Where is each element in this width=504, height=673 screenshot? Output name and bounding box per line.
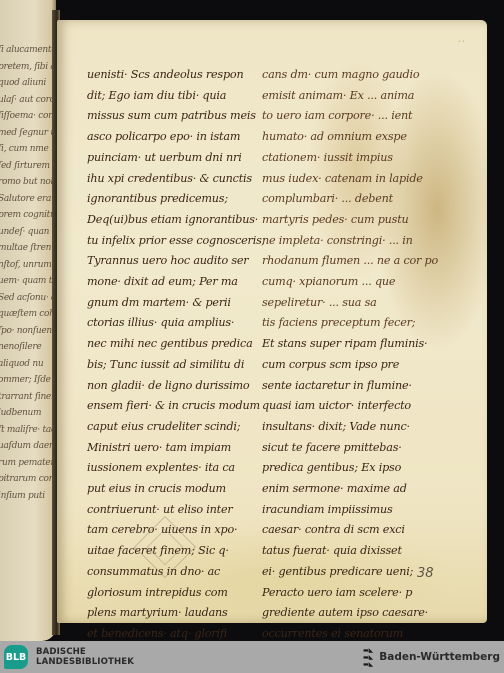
manuscript-line: cans dm· cum magno gaudio <box>262 65 462 86</box>
manuscript-line: iracundiam impiissimus <box>262 500 462 521</box>
manuscript-line: et benedicens· atq· glorifi <box>87 624 262 641</box>
manuscript-line: uenisti· Scs andeolus respon <box>87 65 262 86</box>
blb-brand[interactable]: BLB BADISCHE LANDESBIBLIOTHEK <box>0 645 134 669</box>
manuscript-line: tis faciens preceptum fecer; <box>262 313 462 334</box>
manuscript-line: rhodanum flumen ... ne a cor po <box>262 251 462 272</box>
bw-name: Baden-Württemberg <box>379 651 500 663</box>
manuscript-line: contriuerunt· ut eliso inter <box>87 500 262 521</box>
manuscript-line: predica gentibus; Ex ipso <box>262 458 462 479</box>
manuscript-line: tu infelix prior esse cognosceris; <box>87 231 262 252</box>
manuscript-line: complumbari· ... debent <box>262 189 462 210</box>
facing-page-line: romo but nolde <box>0 174 56 191</box>
manuscript-line: ne impleta· constringi· ... in <box>262 231 462 252</box>
facing-page-line: quod aliuni <box>0 75 56 92</box>
manuscript-line: occurrentes ei senatorum <box>262 624 462 641</box>
manuscript-line: non gladii· de ligno durissimo <box>87 376 262 397</box>
blb-name-line1: BADISCHE <box>36 647 134 658</box>
facing-page-line: inſium puti <box>0 488 56 505</box>
manuscript-line: mone· dixit ad eum; Per ma <box>87 272 262 293</box>
manuscript-line: ignorantibus predicemus; <box>87 189 262 210</box>
lions-coat-of-arms-icon: ▬◣▬◣▬◣ <box>363 647 373 668</box>
manuscript-line: humato· ad omnium exspe <box>262 127 462 148</box>
text-column-right: cans dm· cum magno gaudioemisit animam· … <box>262 65 462 641</box>
manuscript-line: plens martyrium· laudans <box>87 603 262 624</box>
corner-mark: ´´ <box>457 40 465 49</box>
manuscript-line: sepeliretur· ... sua sa <box>262 293 462 314</box>
facing-page-line: ſed ſirturem omole <box>0 158 56 175</box>
manuscript-line: gnum dm martem· & perii <box>87 293 262 314</box>
bw-brand[interactable]: ▬◣▬◣▬◣ Baden-Württemberg <box>363 647 504 668</box>
manuscript-line: cumq· xpianorum ... que <box>262 272 462 293</box>
manuscript-line: caesar· contra di scm exci <box>262 520 462 541</box>
facing-page-line: Salutore erant <box>0 191 56 208</box>
manuscript-line: Tyrannus uero hoc audito ser <box>87 251 262 272</box>
manuscript-line: iussionem explentes· ita ca <box>87 458 262 479</box>
manuscript-line: sente iactaretur in flumine· <box>262 376 462 397</box>
facing-page-line: uem· quam tul <box>0 273 56 290</box>
facing-page-left: ſi alucamententpretem, ſibi audiſquod al… <box>0 0 56 641</box>
manuscript-line: emisit animam· Ex ... anima <box>262 86 462 107</box>
facing-page-line: rum pematen <box>0 455 56 472</box>
facing-page-line: pretem, ſibi audiſ <box>0 59 56 76</box>
manuscript-line: put eius in crucis modum <box>87 479 262 500</box>
manuscript-line: Et stans super ripam fluminis· <box>262 334 462 355</box>
facing-page-line: ludbenum <box>0 405 56 422</box>
facing-page-line: ſi alucamentent <box>0 42 56 59</box>
facing-page-line: Sed acſonu· dea <box>0 290 56 307</box>
manuscript-line: cum corpus scm ipso pre <box>262 355 462 376</box>
manuscript-line: ctationem· iussit impius <box>262 148 462 169</box>
facing-page-line: med ſegnur urbo <box>0 125 56 142</box>
manuscript-line: nec mihi nec gentibus predica <box>87 334 262 355</box>
manuscript-line: tatus fuerat· quia dixisset <box>262 541 462 562</box>
folio-number: 38 <box>417 566 434 581</box>
manuscript-line: to uero iam corpore· ... ient <box>262 106 462 127</box>
manuscript-line: enim sermone· maxime ad <box>262 479 462 500</box>
facing-page-line: ommer; Iſde <box>0 372 56 389</box>
manuscript-line: puinciam· ut uerbum dni nri <box>87 148 262 169</box>
manuscript-line: asco policarpo epo· in istam <box>87 127 262 148</box>
footer-bar: BLB BADISCHE LANDESBIBLIOTHEK ▬◣▬◣▬◣ Bad… <box>0 641 504 673</box>
facing-page-line: undeſ· quan lacer <box>0 224 56 241</box>
facing-page-line: uaſdum daeruo <box>0 438 56 455</box>
manuscript-viewer[interactable]: ſi alucamententpretem, ſibi audiſquod al… <box>0 0 504 641</box>
facing-page-line: nenoſilere <box>0 339 56 356</box>
facing-page-text: ſi alucamententpretem, ſibi audiſquod al… <box>0 42 56 504</box>
manuscript-line: ctorias illius· quia amplius· <box>87 313 262 334</box>
manuscript-line: caput eius crudeliter scindi; <box>87 417 262 438</box>
facing-page-line: trarrant ſinem <box>0 389 56 406</box>
blb-name: BADISCHE LANDESBIBLIOTHEK <box>36 647 134 668</box>
manuscript-line: sicut te facere pmittebas· <box>262 438 462 459</box>
facing-page-line: prem cognituant <box>0 207 56 224</box>
manuscript-folio: ´´ uenisti· Scs andeolus respondit; Ego … <box>57 20 487 623</box>
manuscript-line: bis; Tunc iussit ad similitu di <box>87 355 262 376</box>
manuscript-line: grediente autem ipso caesare· <box>262 603 462 624</box>
manuscript-line: dit; Ego iam diu tibi· quia <box>87 86 262 107</box>
facing-page-line: ſpo· nonſuenit <box>0 323 56 340</box>
manuscript-line: Deq(ui)bus etiam ignorantibus· <box>87 210 262 231</box>
manuscript-line: Peracto uero iam scelere· p <box>262 583 462 604</box>
manuscript-line: Ministri uero· tam impiam <box>87 438 262 459</box>
manuscript-line: missus sum cum patribus meis <box>87 106 262 127</box>
blb-name-line2: LANDESBIBLIOTHEK <box>36 657 134 668</box>
facing-page-line: ſiſſoema· confidi <box>0 108 56 125</box>
blb-logo-icon: BLB <box>4 645 28 669</box>
manuscript-line: ihu xpi credentibus· & cunctis <box>87 169 262 190</box>
facing-page-line: nſtof, unrum <box>0 257 56 274</box>
facing-page-line: ulaſ· aut corone <box>0 92 56 109</box>
manuscript-line: martyris pedes· cum pustu <box>262 210 462 231</box>
facing-page-line: aliquod nu <box>0 356 56 373</box>
manuscript-line: quasi iam uictor· interfecto <box>262 396 462 417</box>
manuscript-line: insultans· dixit; Vade nunc· <box>262 417 462 438</box>
facing-page-line: quæſtem cohort <box>0 306 56 323</box>
facing-page-line: ſi, cum nme nomo <box>0 141 56 158</box>
facing-page-line: ſt maliſre· tacem <box>0 422 56 439</box>
manuscript-line: mus iudex· catenam in lapide <box>262 169 462 190</box>
facing-page-line: multae ſtrenuent <box>0 240 56 257</box>
manuscript-line: ensem fieri· & in crucis modum <box>87 396 262 417</box>
manuscript-line: gloriosum intrepidus com <box>87 583 262 604</box>
facing-page-line: pitrarum conſ <box>0 471 56 488</box>
